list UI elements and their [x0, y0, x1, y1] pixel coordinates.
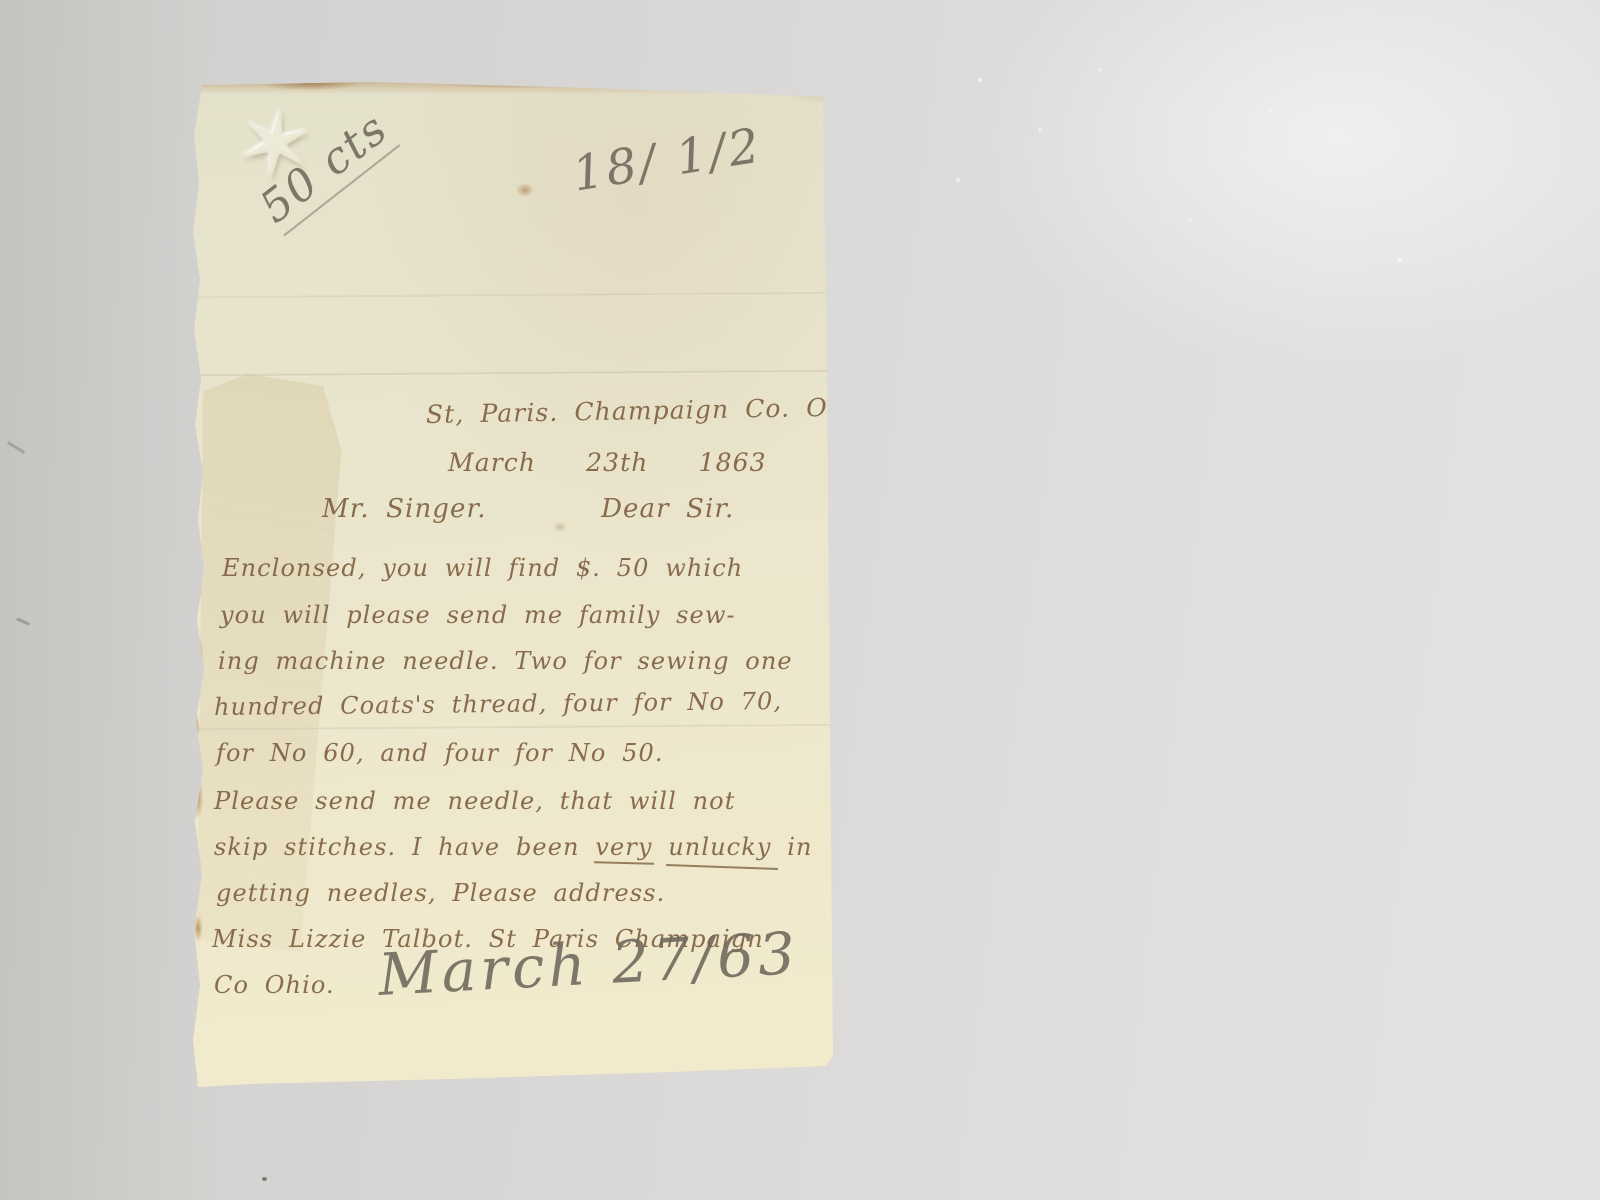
letter-line: Co Ohio.	[214, 971, 335, 999]
letter-line: skip stitches. I have been very unlucky …	[214, 833, 813, 861]
letter-line: you will please send me family sew-	[220, 601, 736, 629]
fold-crease	[190, 292, 842, 300]
wall-texture-bumps	[840, 10, 1480, 310]
letter-line: getting needles, Please address.	[216, 879, 665, 907]
letter-heading-date: March 23th 1863	[448, 448, 767, 477]
wall-speck	[262, 1177, 267, 1181]
letter-line: Enclonsed, you will find $. 50 which	[222, 554, 743, 582]
letter-paper: ✶ 50 cts 18/ 1/2 St, Paris. Champaign Co…	[190, 80, 842, 1092]
fold-crease	[190, 370, 842, 378]
letter-salutation: Mr. Singer. Dear Sir.	[322, 494, 734, 524]
letter-line: Please send me needle, that will not	[214, 787, 735, 815]
underline-mark	[666, 864, 778, 870]
pencil-number-note: 18/ 1/2	[569, 117, 766, 202]
photo-scene: ✶ 50 cts 18/ 1/2 St, Paris. Champaign Co…	[0, 0, 1600, 1200]
underline-mark	[594, 861, 654, 865]
letter-line: ing machine needle. Two for sewing one	[218, 647, 793, 675]
letter-line: for No 60, and four for No 50.	[216, 739, 664, 767]
letter-line: hundred Coats's thread, four for No 70, …	[214, 686, 862, 721]
corner-stain	[756, 80, 842, 124]
letter-heading-place: St, Paris. Champaign Co. Ohio	[426, 392, 871, 429]
rust-spot	[512, 180, 538, 200]
